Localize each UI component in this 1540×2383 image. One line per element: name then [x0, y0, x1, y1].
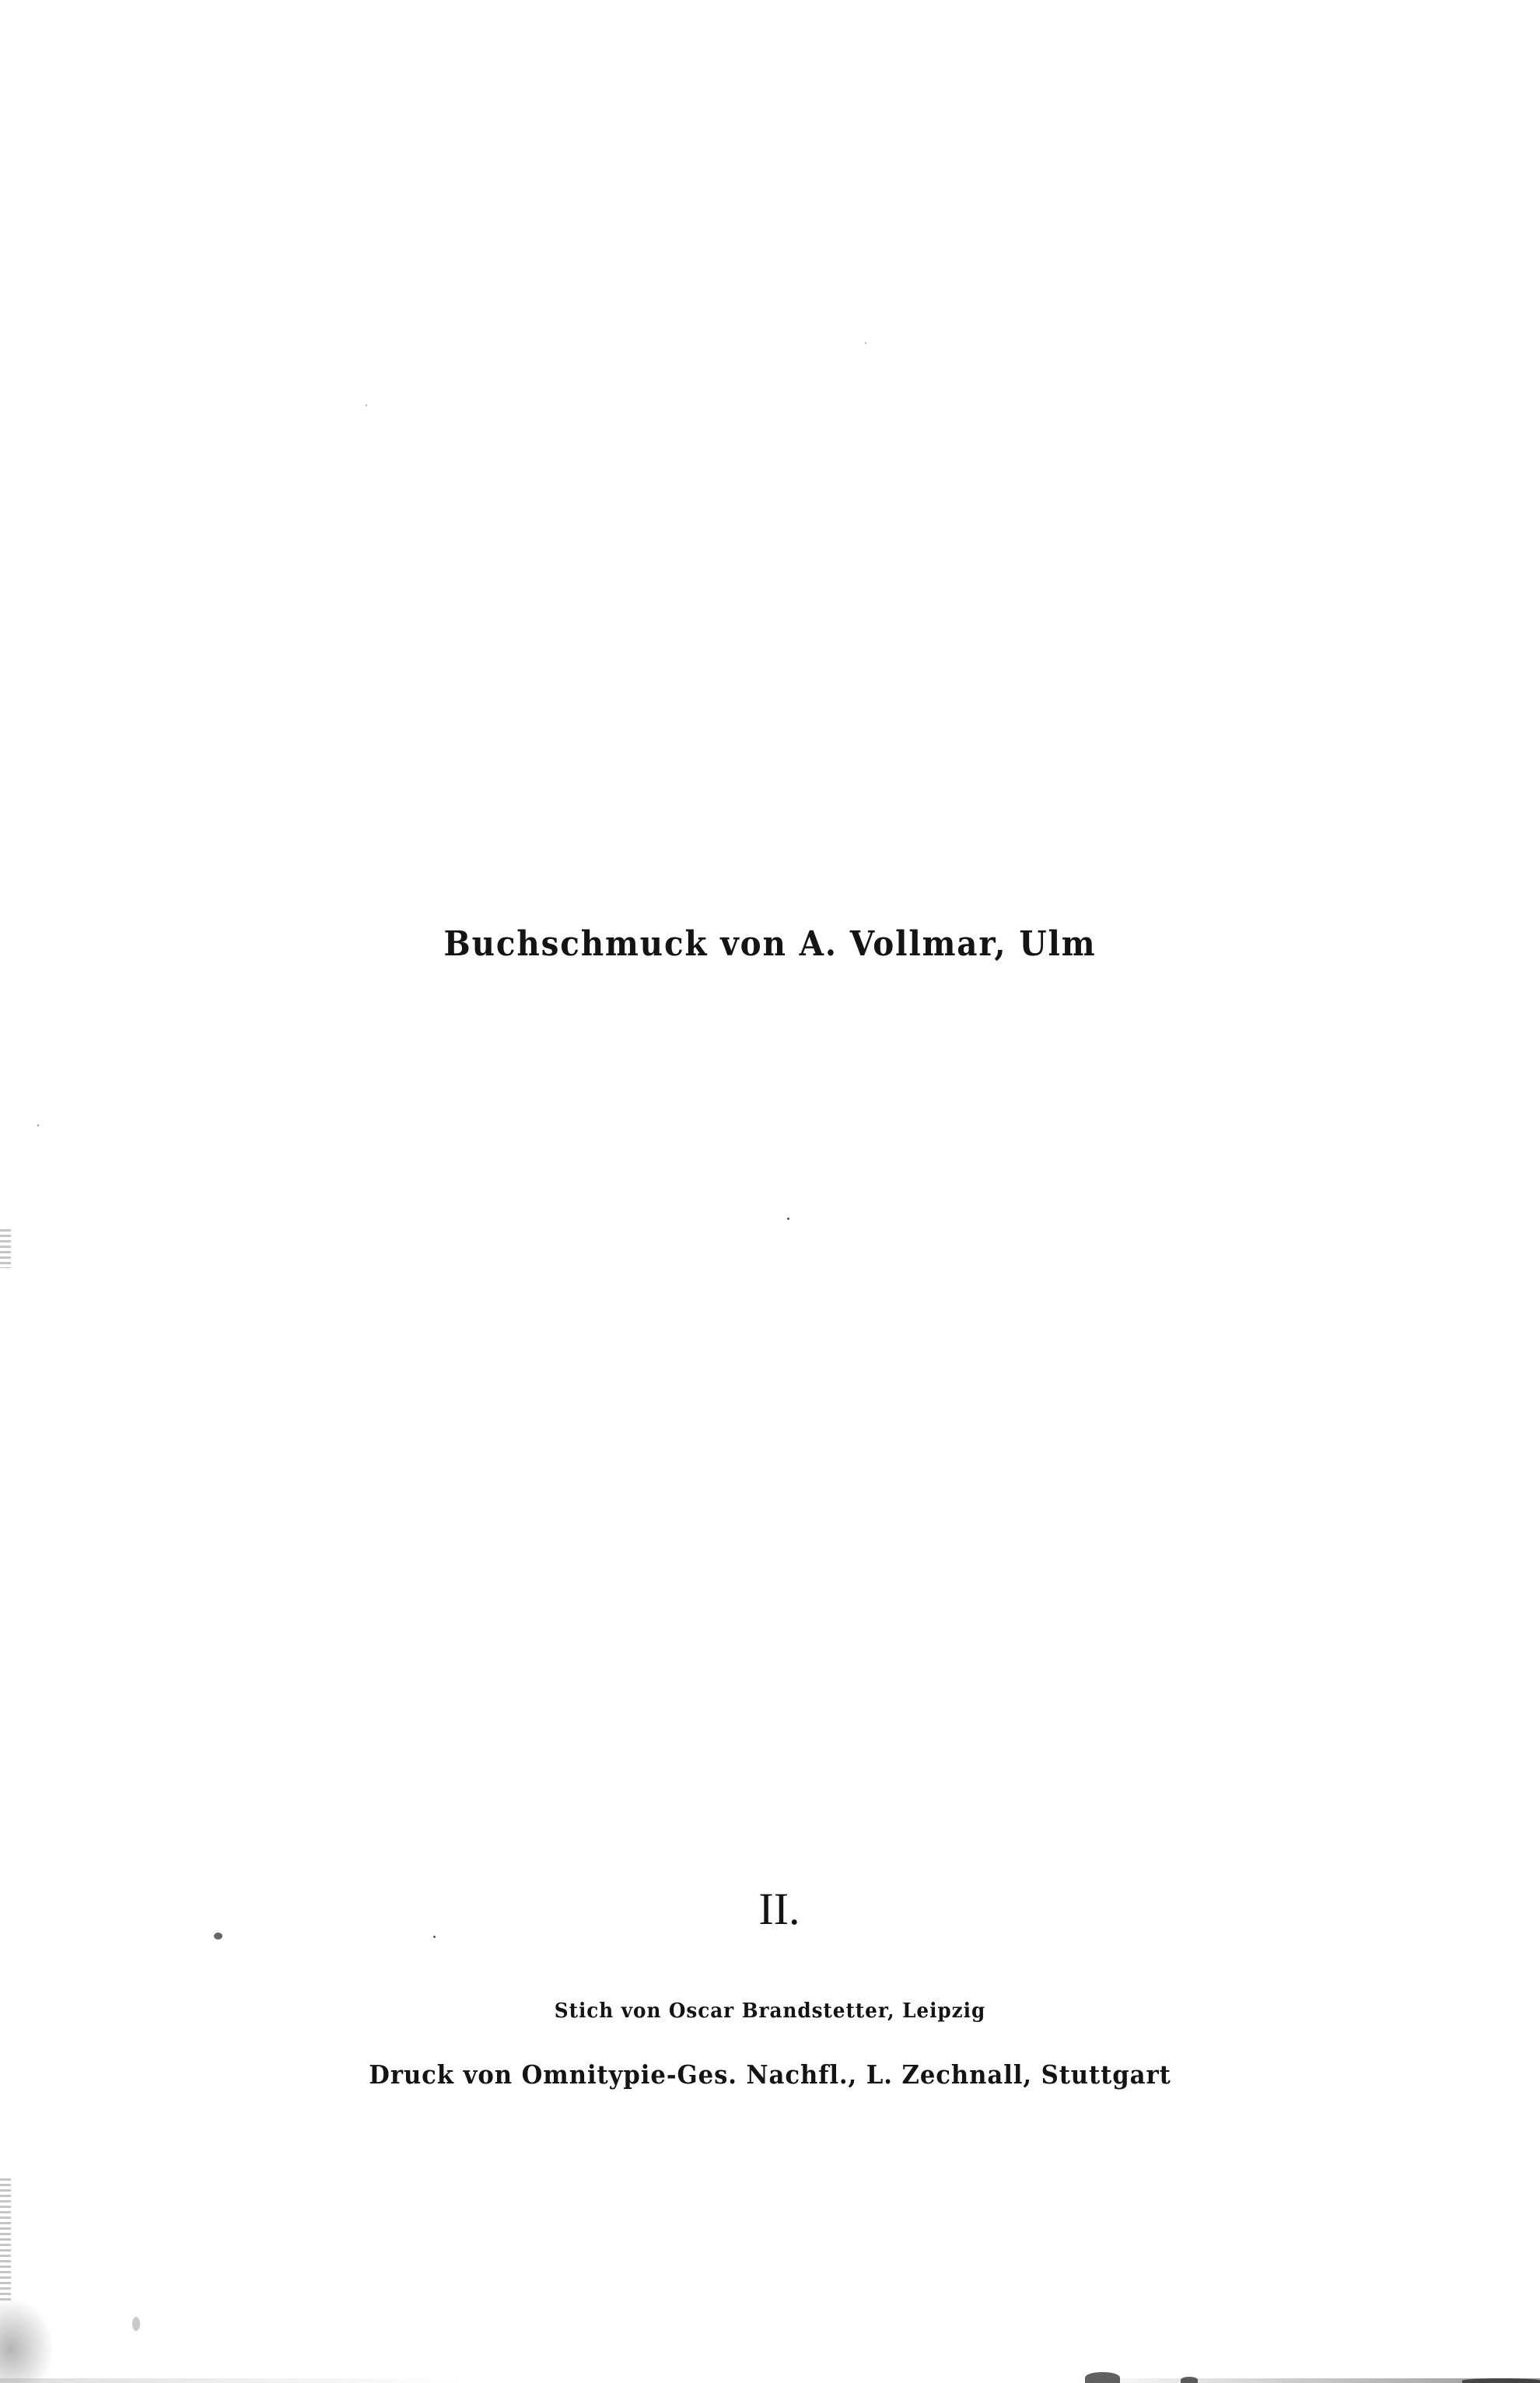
scan-speck: [214, 1933, 222, 1940]
scan-bottom-blob: [1085, 2372, 1120, 2383]
volume-number: II.: [9, 1883, 1540, 1935]
scan-bottom-blob: [1462, 2378, 1540, 2383]
scan-speck: [433, 1936, 436, 1938]
scan-bottom-edge: [0, 2378, 1540, 2383]
scan-speck: [132, 2317, 140, 2331]
book-decoration-credit: Buchschmuck von A. Vollmar, Ulm: [61, 924, 1479, 964]
printer-credit: Druck von Omnitypie-Ges. Nachfl., L. Zec…: [54, 2059, 1486, 2090]
scan-bottom-blob: [1181, 2377, 1198, 2383]
scan-edge-mark: [0, 2178, 11, 2303]
scan-speck: [865, 342, 866, 344]
scan-speck: [366, 405, 367, 406]
scan-edge-mark: [0, 1229, 11, 1268]
scanned-page: Buchschmuck von A. Vollmar, Ulm II. Stic…: [0, 0, 1540, 2383]
engraving-credit: Stich von Oscar Brandstetter, Leipzig: [39, 1999, 1502, 2023]
scan-speck: [787, 1218, 789, 1220]
scan-corner-smudge: [0, 2297, 54, 2383]
scan-speck: [37, 1124, 39, 1127]
